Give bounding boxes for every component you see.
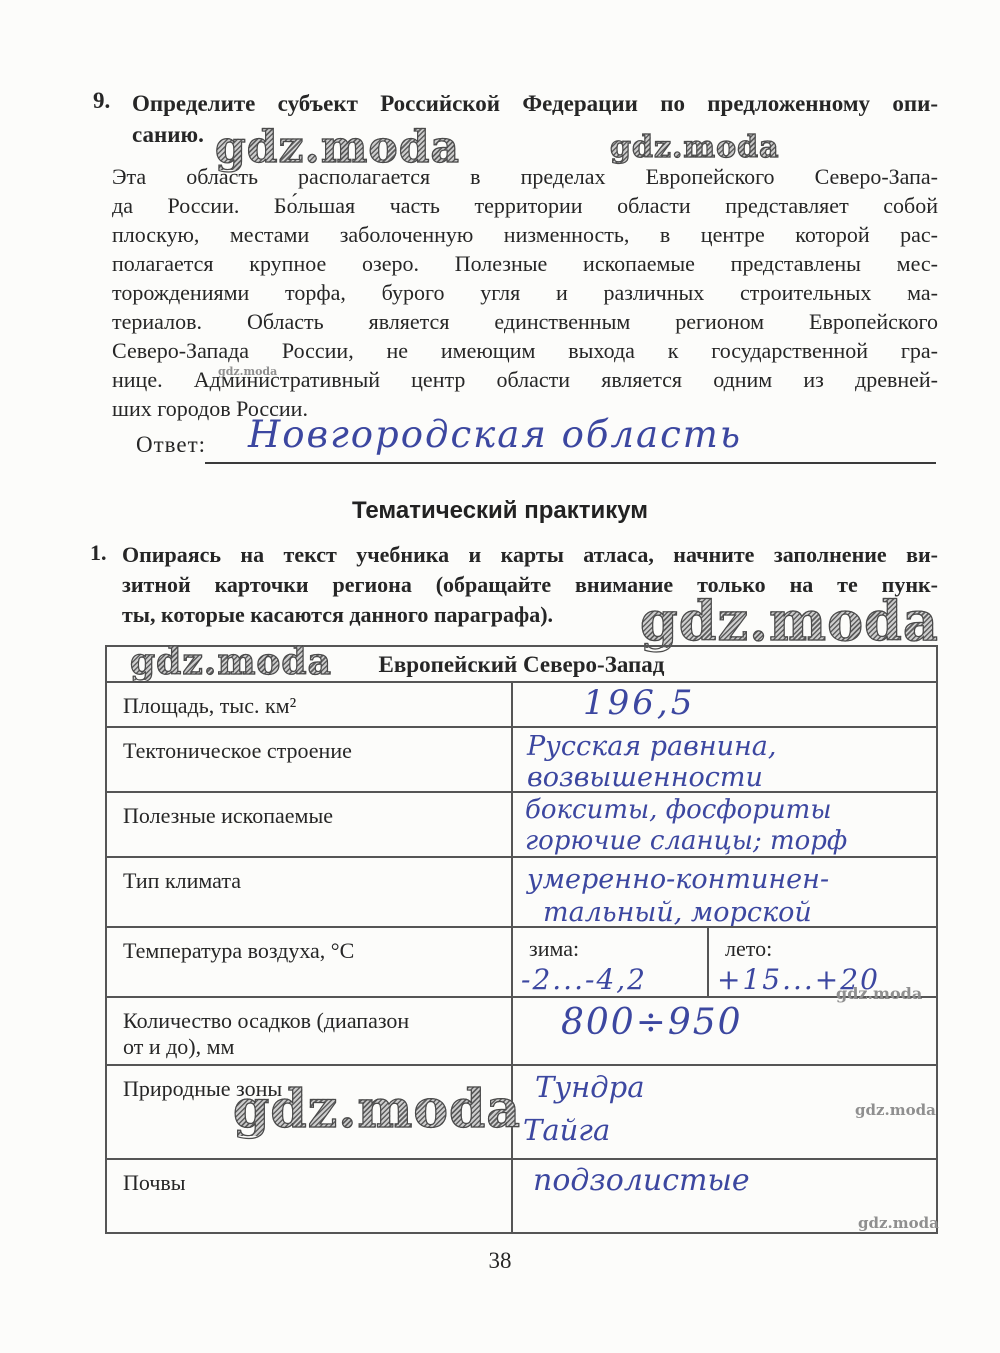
handwritten-value: умеренно-континен- [527,864,936,895]
label-cell: Количество осадков (диапазон от и до), м… [107,998,513,1064]
row-temperature: Температура воздуха, °С зима: -2...-4,2 … [107,926,936,996]
value-cell: умеренно-континен- тальный, морской [513,858,936,926]
gdz-watermark: gdz.moda [233,1084,521,1136]
body-line: да России. Бо́льшая часть территории обл… [112,191,938,220]
value-cell: бокситы, фосфориты горючие сланцы; торф [513,793,936,856]
body-line: плоскую, местами заболоченную низменност… [112,220,938,249]
winter-handwriting: -2...-4,2 [521,964,707,996]
value-cell: 196,5 [513,683,936,726]
label-cell: Температура воздуха, °С [107,928,513,996]
row-precipitation: Количество осадков (диапазон от и до), м… [107,996,936,1064]
handwritten-value: тальный, морской [543,897,936,928]
region-table: Европейский Северо-Запад Площадь, тыс. к… [105,645,938,1234]
gdz-watermark: gdz.moda [130,644,332,680]
row-zones: Природные зоны Тундра Тайга [107,1064,936,1158]
handwritten-value: 800÷950 [561,1002,743,1043]
gdz-watermark: gdz.moda [218,366,277,377]
question-1-line: Опираясь на текст учебника и карты атлас… [122,540,938,570]
page-number: 38 [0,1248,1000,1274]
label-cell: Площадь, тыс. км² [107,683,513,726]
row-minerals: Полезные ископаемые бокситы, фосфориты г… [107,791,936,856]
handwritten-value: Тундра [535,1071,936,1104]
practicum-heading: Тематический практикум [0,497,1000,525]
question-9-body: Эта область располагается в пределах Евр… [112,162,938,423]
body-line: полагается крупное озеро. Полезные ископ… [112,249,938,278]
value-cell: 800÷950 [513,998,936,1064]
body-line: териалов. Область является единственным … [112,307,938,336]
winter-cell: зима: -2...-4,2 [513,928,709,996]
row-climate: Тип климата умеренно-континен- тальный, … [107,856,936,926]
label-line: Количество осадков (диапазон [123,1008,503,1034]
summer-label: лето: [725,936,772,961]
row-tectonics: Тектоническое строение Русская равнина, … [107,726,936,791]
value-cell: Русская равнина, возвышенности [513,728,936,791]
question-1-number: 1. [90,540,107,566]
row-soils: Почвы подзолистые [107,1158,936,1232]
workbook-page: 9. Определите субъект Российской Федерац… [0,0,1000,1353]
handwritten-value: бокситы, фосфориты [525,796,936,826]
handwritten-value: возвышенности [527,762,936,793]
body-line: Северо-Запада России, не имеющим выхода … [112,336,938,365]
gdz-watermark: gdz.moda [610,133,780,163]
handwritten-value: Русская равнина, [527,731,936,762]
gdz-watermark: gdz.moda [836,986,922,1002]
winter-label: зима: [529,936,579,961]
gdz-watermark: gdz.moda [858,1216,939,1231]
row-area: Площадь, тыс. км² 196,5 [107,681,936,726]
label-line: от и до), мм [123,1034,503,1060]
question-9-number: 9. [93,88,110,114]
answer-label: Ответ: [136,432,206,458]
handwritten-value: Тайга [523,1114,936,1147]
label-cell: Почвы [107,1160,513,1232]
answer-handwriting: Новгородская область [248,414,742,457]
handwritten-value: 196,5 [583,684,695,723]
label-cell: Тип климата [107,858,513,926]
gdz-watermark: gdz.moda [855,1103,936,1118]
body-line: Эта область располагается в пределах Евр… [112,162,938,191]
gdz-watermark: gdz.moda [640,594,939,648]
handwritten-value: горючие сланцы; торф [525,827,936,857]
handwritten-value: подзолистые [533,1164,936,1199]
label-cell: Тектоническое строение [107,728,513,791]
question-9-title-line: Определите субъект Российской Федерации … [132,88,938,119]
body-line: торождениями торфа, бурого угля и различ… [112,278,938,307]
label-cell: Полезные ископаемые [107,793,513,856]
